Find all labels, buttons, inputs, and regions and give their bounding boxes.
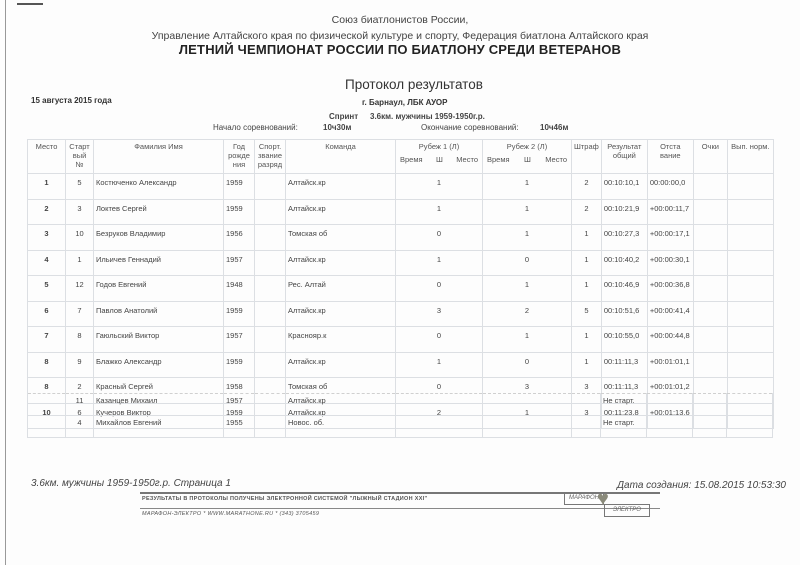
cell-team: Алтайск.кр [286, 394, 396, 416]
col-team: Команда [286, 140, 396, 174]
cell-penalty: 5 [572, 301, 602, 327]
cell-points [693, 394, 727, 416]
marathon-electro-logo: МАРАФОН ♥ ЭЛЕКТРО [564, 490, 664, 522]
table-row: 78Гаюльский Виктор1957Краснояр.к01100:10… [28, 327, 774, 353]
cell-range1 [396, 394, 483, 416]
cell-norm [727, 276, 773, 302]
cell-rank [255, 174, 286, 200]
cell-points [693, 327, 727, 353]
cell-behind: 00:00:00,0 [647, 174, 693, 200]
cell-rank [255, 199, 286, 225]
cell-norm [727, 394, 773, 416]
cell-name: Гаюльский Виктор [94, 327, 224, 353]
table-row: 89Блажко Александр1959Алтайск.кр10100:11… [28, 352, 774, 378]
cell-year: 1957 [224, 327, 255, 353]
cell-norm [727, 199, 773, 225]
cell-result: 00:11:11,3 [601, 352, 647, 378]
cell-team: Алтайск.кр [286, 301, 396, 327]
cell-bib: 5 [66, 174, 94, 200]
cell-penalty [572, 416, 601, 438]
cell-norm [727, 416, 773, 438]
cell-bib: 1 [66, 250, 94, 276]
cell-behind: +00:00:41,4 [647, 301, 693, 327]
col-year: Год рожде ния [224, 140, 255, 174]
cell-points [693, 199, 727, 225]
cell-points [693, 225, 727, 251]
cell-year: 1957 [224, 394, 255, 416]
col-points: Очки [693, 140, 727, 174]
cell-range2: 0 [483, 352, 572, 378]
cell-result: 00:10:10,1 [601, 174, 647, 200]
table-row: 15Костюченко Александр1959Алтайск.кр1120… [28, 174, 774, 200]
cell-place [28, 416, 66, 438]
event-date: 15 августа 2015 года [31, 96, 112, 105]
col-name: Фамилия Имя [94, 140, 224, 174]
cell-year: 1959 [224, 174, 255, 200]
logo-bottom: ЭЛЕКТРО [604, 504, 650, 517]
cell-name: Павлов Анатолий [94, 301, 224, 327]
cell-result: 00:10:40,2 [601, 250, 647, 276]
range1-place: Место [456, 155, 478, 164]
cell-norm [727, 174, 773, 200]
cell-rank [255, 276, 286, 302]
cell-name: Михайлов Евгений [94, 416, 224, 438]
cell-norm [727, 301, 773, 327]
cell-place: 7 [28, 327, 66, 353]
cell-penalty: 1 [572, 276, 602, 302]
cell-bib: 12 [66, 276, 94, 302]
table-row: 23Локтев Сергей1959Алтайск.кр11200:10:21… [28, 199, 774, 225]
cell-year: 1957 [224, 250, 255, 276]
dns-row: 11Казанцев Михаил1957Алтайск.крНе старт. [28, 394, 773, 416]
cell-rank [255, 225, 286, 251]
start-label: Начало соревнований: [213, 123, 298, 132]
scan-mark [17, 3, 43, 5]
cell-penalty: 2 [572, 174, 602, 200]
header-organizers: Управление Алтайского края по физической… [0, 30, 800, 42]
event-venue: г. Барнаул, ЛБК АУОР [362, 98, 448, 107]
cell-rank [255, 416, 286, 438]
cell-penalty: 1 [572, 352, 602, 378]
cell-name: Ильичев Геннадий [94, 250, 224, 276]
cell-place: 2 [28, 199, 66, 225]
cell-behind [647, 394, 693, 416]
cell-result: 00:10:46,9 [601, 276, 647, 302]
event-title: ЛЕТНИЙ ЧЕМПИОНАТ РОССИИ ПО БИАТЛОНУ СРЕД… [0, 42, 800, 57]
cell-penalty: 2 [572, 199, 602, 225]
table-row: 41Ильичев Геннадий1957Алтайск.кр10100:10… [28, 250, 774, 276]
cell-behind: +00:00:36,8 [647, 276, 693, 302]
cell-place: 5 [28, 276, 66, 302]
cell-range2: 1 [483, 199, 572, 225]
end-label: Окончание соревнований: [421, 123, 519, 132]
cell-norm [727, 327, 773, 353]
system-credit: РЕЗУЛЬТАТЫ В ПРОТОКОЛЫ ПОЛУЧЕНЫ ЭЛЕКТРОН… [142, 496, 427, 502]
cell-place: 3 [28, 225, 66, 251]
dns-row: 4Михайлов Евгений1955Новос. об.Не старт. [28, 416, 773, 438]
range1-misses: Ш [436, 155, 443, 164]
cell-penalty: 1 [572, 327, 602, 353]
cell-place [28, 394, 66, 416]
cell-range1: 1 [396, 250, 483, 276]
cell-range2: 1 [483, 225, 572, 251]
col-penalty: Штраф [572, 140, 602, 174]
cell-behind: +00:00:30,1 [647, 250, 693, 276]
range1-title: Рубеж 1 (Л) [398, 142, 480, 151]
cell-result: 00:10:51,6 [601, 301, 647, 327]
cell-year: 1959 [224, 301, 255, 327]
cell-team: Рес. Алтай [286, 276, 396, 302]
col-behind: Отста вание [647, 140, 693, 174]
cell-rank [255, 394, 286, 416]
dns-table: 11Казанцев Михаил1957Алтайск.крНе старт.… [27, 393, 773, 438]
cell-year: 1955 [224, 416, 255, 438]
col-result: Результат общий [601, 140, 647, 174]
cell-place: 4 [28, 250, 66, 276]
cell-range1: 0 [396, 276, 483, 302]
cell-range2 [483, 416, 572, 438]
cell-result: 00:10:27,3 [601, 225, 647, 251]
cell-bib: 7 [66, 301, 94, 327]
cell-points [693, 276, 727, 302]
cell-team: Алтайск.кр [286, 199, 396, 225]
table-row: 67Павлов Анатолий1959Алтайск.кр32500:10:… [28, 301, 774, 327]
cell-team: Алтайск.кр [286, 250, 396, 276]
cell-norm [727, 225, 773, 251]
header-union: Союз биатлонистов России, [0, 14, 800, 26]
cell-bib: 4 [66, 416, 94, 438]
cell-penalty [572, 394, 601, 416]
cell-range1: 0 [396, 225, 483, 251]
cell-place: 6 [28, 301, 66, 327]
cell-bib: 8 [66, 327, 94, 353]
cell-place: 1 [28, 174, 66, 200]
cell-result: 00:10:21,9 [601, 199, 647, 225]
cell-bib: 9 [66, 352, 94, 378]
col-norm: Вып. норм. [727, 140, 773, 174]
cell-penalty: 1 [572, 225, 602, 251]
cell-team: Алтайск.кр [286, 174, 396, 200]
cell-range1: 1 [396, 199, 483, 225]
cell-behind [647, 416, 693, 438]
cell-status: Не старт. [601, 394, 647, 416]
col-rank: Спорт. звание разряд [255, 140, 286, 174]
cell-year: 1956 [224, 225, 255, 251]
cell-name: Годов Евгений [94, 276, 224, 302]
cell-points [693, 416, 727, 438]
cell-points [693, 352, 727, 378]
cell-behind: +00:00:17,1 [647, 225, 693, 251]
cell-range2: 1 [483, 276, 572, 302]
cell-team: Томская об [286, 225, 396, 251]
cell-range2: 1 [483, 327, 572, 353]
cell-place: 8 [28, 352, 66, 378]
cell-range2: 2 [483, 301, 572, 327]
col-bib: Старт вый № [66, 140, 94, 174]
page-info: 3.6км. мужчины 1959-1950г.р. Страница 1 [31, 478, 231, 489]
cell-bib: 3 [66, 199, 94, 225]
range2-time: Время [487, 155, 510, 164]
cell-range1: 1 [396, 352, 483, 378]
cell-behind: +00:00:44,8 [647, 327, 693, 353]
cell-range2: 0 [483, 250, 572, 276]
cell-range1 [396, 416, 483, 438]
cell-range1: 3 [396, 301, 483, 327]
cell-year: 1948 [224, 276, 255, 302]
cell-rank [255, 327, 286, 353]
cell-range2 [483, 394, 572, 416]
cell-name: Блажко Александр [94, 352, 224, 378]
cell-result: 00:10:55,0 [601, 327, 647, 353]
cell-team: Алтайск.кр [286, 352, 396, 378]
range2-place: Место [545, 155, 567, 164]
col-range2: Рубеж 2 (Л) ВремяШМесто [483, 140, 572, 174]
range1-time: Время [400, 155, 423, 164]
cell-range1: 0 [396, 327, 483, 353]
discipline-value: 3.6км. мужчины 1959-1950г.р. [370, 112, 485, 121]
cell-name: Казанцев Михаил [94, 394, 224, 416]
cell-points [693, 301, 727, 327]
cell-behind: +00:01:01,1 [647, 352, 693, 378]
scan-edge [5, 0, 6, 565]
cell-behind: +00:00:11,7 [647, 199, 693, 225]
table-row: 512Годов Евгений1948Рес. Алтай01100:10:4… [28, 276, 774, 302]
discipline-label: Спринт [329, 112, 358, 121]
cell-rank [255, 250, 286, 276]
cell-bib: 10 [66, 225, 94, 251]
cell-name: Локтев Сергей [94, 199, 224, 225]
cell-range2: 1 [483, 174, 572, 200]
end-value: 10ч46м [540, 123, 568, 132]
cell-points [693, 174, 727, 200]
cell-bib: 11 [66, 394, 94, 416]
cell-year: 1959 [224, 199, 255, 225]
cell-points [693, 250, 727, 276]
vendor-contact: МАРАФОН-ЭЛЕКТРО * WWW.MARATHONE.RU * (34… [142, 511, 319, 517]
cell-status: Не старт. [601, 416, 647, 438]
cell-year: 1959 [224, 352, 255, 378]
cell-name: Безруков Владимир [94, 225, 224, 251]
protocol-title: Протокол результатов [345, 77, 483, 92]
cell-norm [727, 250, 773, 276]
range2-title: Рубеж 2 (Л) [485, 142, 569, 151]
cell-team: Краснояр.к [286, 327, 396, 353]
cell-norm [727, 352, 773, 378]
cell-rank [255, 352, 286, 378]
range2-misses: Ш [524, 155, 531, 164]
cell-range1: 1 [396, 174, 483, 200]
table-row: 310Безруков Владимир1956Томская об01100:… [28, 225, 774, 251]
cell-rank [255, 301, 286, 327]
col-place: Место [28, 140, 66, 174]
cell-penalty: 1 [572, 250, 602, 276]
results-table: Место Старт вый № Фамилия Имя Год рожде … [27, 139, 774, 429]
col-range1: Рубеж 1 (Л) ВремяШМесто [396, 140, 483, 174]
cell-name: Костюченко Александр [94, 174, 224, 200]
start-value: 10ч30м [323, 123, 351, 132]
cell-team: Новос. об. [286, 416, 396, 438]
